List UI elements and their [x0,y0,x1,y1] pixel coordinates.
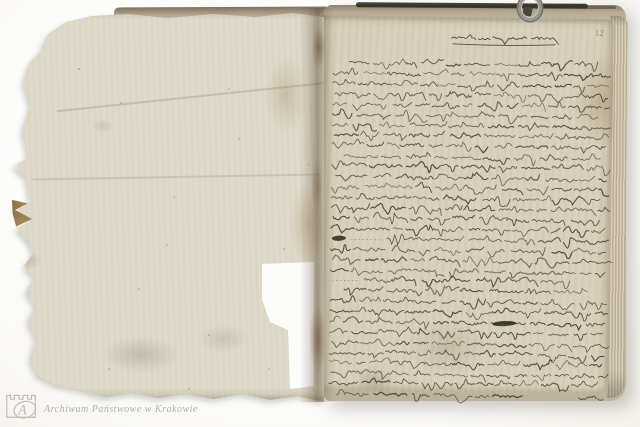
torn-underlayer [12,192,42,228]
archive-watermark: A Archiwum Państwowe w Krakowie [2,383,198,423]
left-page [8,8,324,402]
foxing-specks [78,68,80,70]
page-number: 12 [595,28,604,38]
photo-background: 12 A Archiwum Państwowe w Krakowie [0,0,640,427]
svg-text:A: A [17,402,27,418]
fold-crease [32,173,320,180]
fold-crease [57,82,328,112]
archive-logo-icon: A [2,383,40,423]
cover-edge-shadow [586,6,616,9]
right-page: 12 [316,15,614,395]
missing-paper-notch [258,258,318,392]
handwriting-layer [329,23,620,393]
page-stack-top-edge [114,7,330,22]
archive-watermark-text: Archiwum Państwowe w Krakowie [44,404,198,415]
